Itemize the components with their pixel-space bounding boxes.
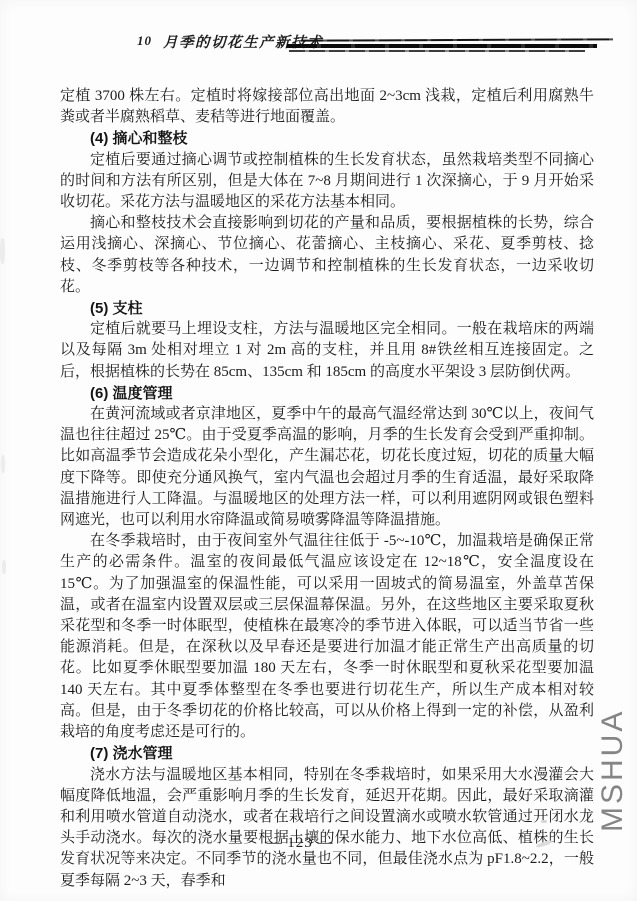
section-heading: (7) 浇水管理: [60, 743, 594, 764]
paragraph: 定植 3700 株左右。定植时将嫁接部位高出地面 2~3cm 浅栽，定植后利用腐…: [60, 86, 594, 128]
scanned-book-page: 10 月季的切花生产新技术 定植 3700 株左右。定植时将嫁接部位高出地面 2…: [0, 0, 637, 901]
running-header: 10 月季的切花生产新技术: [0, 31, 637, 61]
rule-line-top: [301, 38, 613, 41]
scan-smudge: [1, 455, 5, 473]
scan-smudge: [2, 560, 6, 574]
page-body-text: 定植 3700 株左右。定植时将嫁接部位高出地面 2~3cm 浅栽，定植后利用腐…: [60, 86, 594, 892]
page-number: — 123 —: [240, 835, 360, 852]
section-heading: (5) 支柱: [60, 298, 594, 319]
rule-line-middle: [287, 44, 597, 48]
paragraph: 定植后要通过摘心调节或控制植株的生长发育状态，虽然栽培类型不同摘心的时间和方法有…: [60, 150, 594, 214]
section-heading: (4) 摘心和整枝: [60, 128, 594, 149]
header-decorative-rule: [287, 37, 615, 55]
paragraph: 在黄河流域或者京津地区，夏季中午的最高气温经常达到 30℃以上，夜间气温也往往超…: [60, 404, 594, 531]
scan-smudge: [0, 238, 5, 264]
paragraph: 摘心和整枝技术会直接影响到切花的产量和品质，要根据植株的长势，综合运用浅摘心、深…: [60, 213, 594, 298]
header-chapter-number: 10: [137, 33, 152, 49]
paragraph: 在冬季栽培时，由于夜间室外气温往往低于 -5~-10℃，加温栽培是确保正常生产的…: [60, 531, 594, 743]
rule-line-bottom: [289, 50, 585, 52]
paragraph: 定植后就要马上埋设支柱，方法与温暖地区完全相同。一般在栽培床的两端以及每隔 3m…: [60, 319, 594, 383]
paragraph: 浇水方法与温暖地区基本相同，特别在冬季栽培时，如果采用大水漫灌会大幅度降低地温，…: [60, 765, 594, 892]
section-heading: (6) 温度管理: [60, 383, 594, 404]
